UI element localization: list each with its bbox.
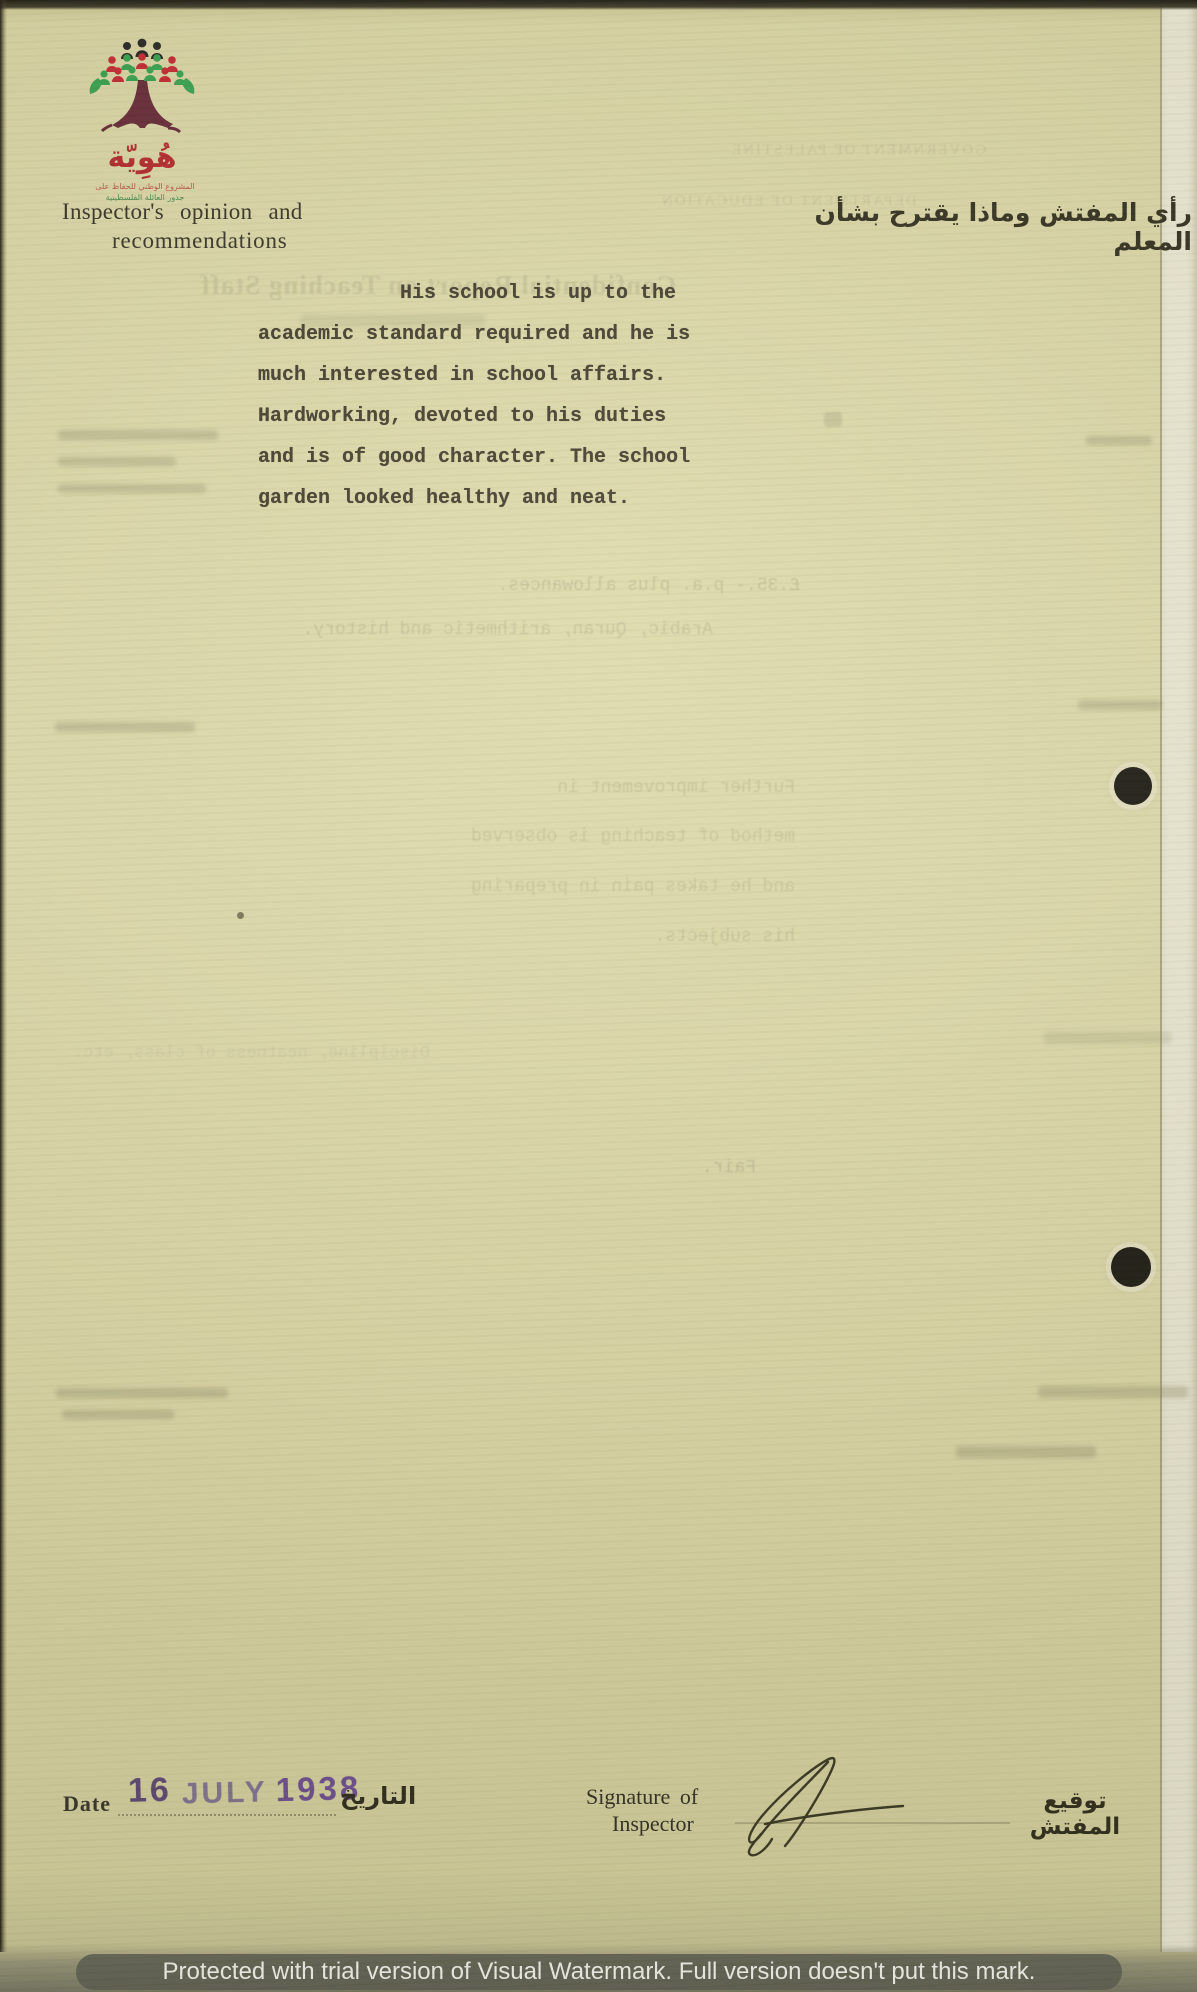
bleed-label-smudge-7 (1044, 1032, 1172, 1044)
ink-speck (237, 912, 244, 919)
bleed-discipline-line: Discipline, neatness of class, etc. (58, 1044, 430, 1063)
bleed-method-line-4: his subjects. (420, 927, 795, 947)
date-stamp: 16JULY1938 (128, 1769, 362, 1814)
report-body-line-5: and is of good character. The school (258, 446, 690, 469)
bleed-method-line-3: and he takes pain in preparing (420, 877, 795, 897)
date-label-ar: التاريخ (340, 1782, 416, 1810)
ink-mark-small (824, 412, 842, 427)
inspector-signature-mark (725, 1748, 925, 1863)
report-body-line-2: academic standard required and he is (258, 323, 690, 346)
bleed-label-smudge-11 (956, 1446, 1096, 1458)
report-body-line-1: His school is up to the (400, 282, 676, 305)
report-body-line-3: much interested in school affairs. (258, 364, 666, 387)
tree-of-people-logo-icon (86, 36, 198, 154)
bleed-label-smudge-9 (62, 1410, 174, 1419)
inspector-opinion-label-en-2: recommendations (112, 228, 288, 254)
bleed-salary-line: £.35.- p.a. plus allowances. (390, 576, 800, 596)
bleed-label-smudge-8 (56, 1388, 228, 1398)
inspector-opinion-label-ar: رأي المفتش وماذا يقترح بشأن المعلم (780, 198, 1192, 256)
scanned-document-page: هُوِيّة المشروع الوطني للحفاظ على جذور ا… (0, 0, 1197, 1992)
date-label-en: Date (63, 1791, 111, 1817)
bleed-label-smudge-6 (1078, 700, 1162, 710)
scan-edge-right (1160, 0, 1197, 1952)
bleed-label-smudge-3 (58, 484, 206, 493)
scan-edge-left (0, 0, 7, 1952)
logo-wordmark: هُوِيّة (92, 140, 192, 175)
report-body-line-4: Hardworking, devoted to his duties (258, 405, 666, 428)
bleed-label-smudge-10 (1038, 1386, 1188, 1398)
bleed-label-smudge-4 (1086, 436, 1152, 445)
trial-watermark-text: Protected with trial version of Visual W… (163, 1958, 1036, 1986)
huwiyya-watermark: هُوِيّة المشروع الوطني للحفاظ على جذور ا… (86, 36, 206, 159)
logo-subtitle-1: المشروع الوطني للحفاظ على (86, 182, 204, 191)
signature-label-en-2: Inspector (612, 1811, 694, 1837)
bleed-method-line-2: method of teaching is observed (420, 827, 795, 847)
bleed-subjects-line: Arabic, Quran, arithmetic and history. (288, 620, 713, 640)
bleed-government-line: GOVERNMENT OF PALESTINE (730, 142, 986, 159)
inspector-opinion-label-en-1: Inspector's opinion and (62, 199, 303, 225)
date-underline (118, 1814, 336, 1816)
bleed-label-smudge-1 (58, 430, 218, 440)
bleed-label-smudge-5 (55, 722, 195, 732)
hole-punch-top (1114, 767, 1152, 805)
report-body-line-6: garden looked healthy and neat. (258, 487, 630, 510)
bleed-rating: Fair. (686, 1158, 756, 1178)
hole-punch-bottom (1111, 1247, 1151, 1287)
signature-label-en-1: Signature of (586, 1784, 698, 1810)
stamp-month: JULY (181, 1775, 268, 1810)
signature-label-ar: توقيع المفتش (1000, 1788, 1150, 1840)
bleed-label-smudge-2 (58, 457, 176, 466)
stamp-day: 16 (127, 1771, 172, 1810)
trial-watermark-bar: Protected with trial version of Visual W… (76, 1954, 1122, 1990)
bleed-method-line-1: Further improvement in (420, 778, 795, 798)
scan-edge-top (0, 0, 1197, 10)
